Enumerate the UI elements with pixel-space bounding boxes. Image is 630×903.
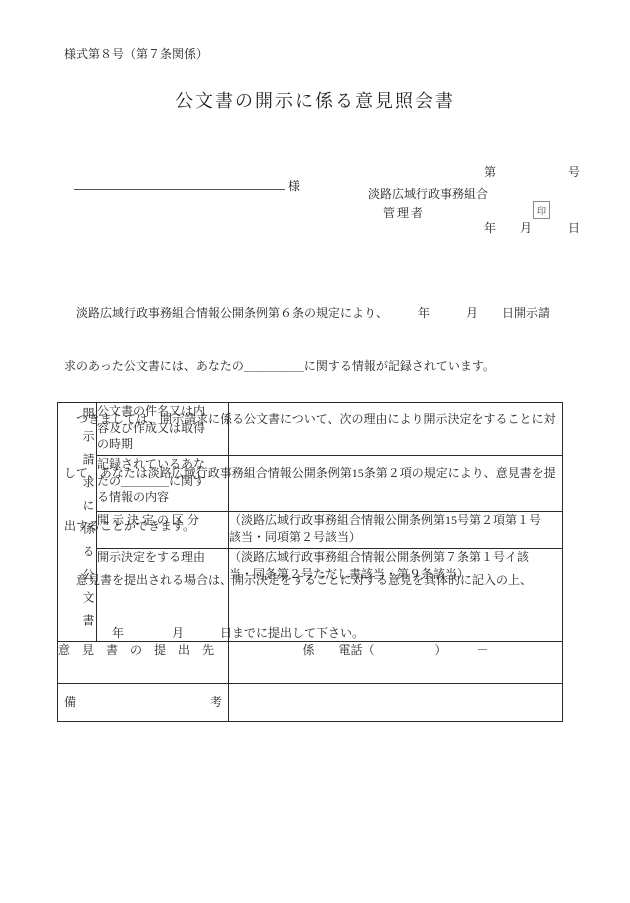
cell-group-header-vertical: 開示請求に係る公文書: [58, 403, 97, 642]
cell-value-decision-category: （淡路広域行政事務組合情報公開条例第15号第２項第１号 該当・同項第２号該当）: [229, 512, 563, 549]
seal-stamp: 印: [533, 201, 550, 219]
addressee-blank-line: [74, 176, 285, 190]
sender-organization: 淡路広域行政事務組合: [368, 185, 488, 202]
body-line: 求のあった公文書には、あなたの＿＿＿＿＿に関する情報が記録されています。: [64, 358, 569, 376]
form-number: 様式第８号（第７条関係）: [64, 45, 208, 62]
cell-label-remarks: 備 考: [58, 684, 229, 722]
sender-title: 管理者: [383, 204, 425, 221]
document-page: 様式第８号（第７条関係） 公文書の開示に係る意見照会書 第 号 年 月 日 様 …: [0, 0, 630, 903]
cell-label-recorded-info: 記録されているあな たの＿＿＿＿に関す る情報の内容: [97, 456, 229, 512]
doc-number-line: 第 号: [484, 163, 580, 182]
remarks-label-right: 考: [210, 694, 222, 711]
remarks-label-left: 備: [64, 694, 76, 711]
cell-label-decision-category: 開 示 決 定 の 区 分: [97, 512, 229, 549]
cell-value-submit-to: 係 電話（ ） －: [229, 642, 563, 684]
addressee-honorific: 様: [288, 179, 300, 193]
date-line: 年 月 日: [484, 219, 580, 238]
cell-value-decision-reason: （淡路広域行政事務組合情報公開条例第７条第１号イ該 当・同条第２号ただし書該当・…: [229, 549, 563, 642]
disclosure-table: 開示請求に係る公文書 公文書の件名又は内 容及び作成又は取得 の時期 記録されて…: [57, 402, 563, 722]
cell-label-document-title-period: 公文書の件名又は内 容及び作成又は取得 の時期: [97, 403, 229, 456]
body-line: 淡路広域行政事務組合情報公開条例第６条の規定により、 年 月 日開示請: [64, 305, 569, 323]
cell-label-decision-reason: 開示決定をする理由: [97, 549, 229, 642]
cell-value-remarks: [229, 684, 563, 722]
addressee-line: 様: [62, 161, 300, 209]
cell-value-recorded-info: [229, 456, 563, 512]
cell-label-submit-to: 意 見 書 の 提 出 先: [58, 642, 229, 684]
cell-value-document-title-period: [229, 403, 563, 456]
page-title: 公文書の開示に係る意見照会書: [0, 87, 630, 113]
doc-number-date-block: 第 号 年 月 日: [484, 126, 580, 274]
